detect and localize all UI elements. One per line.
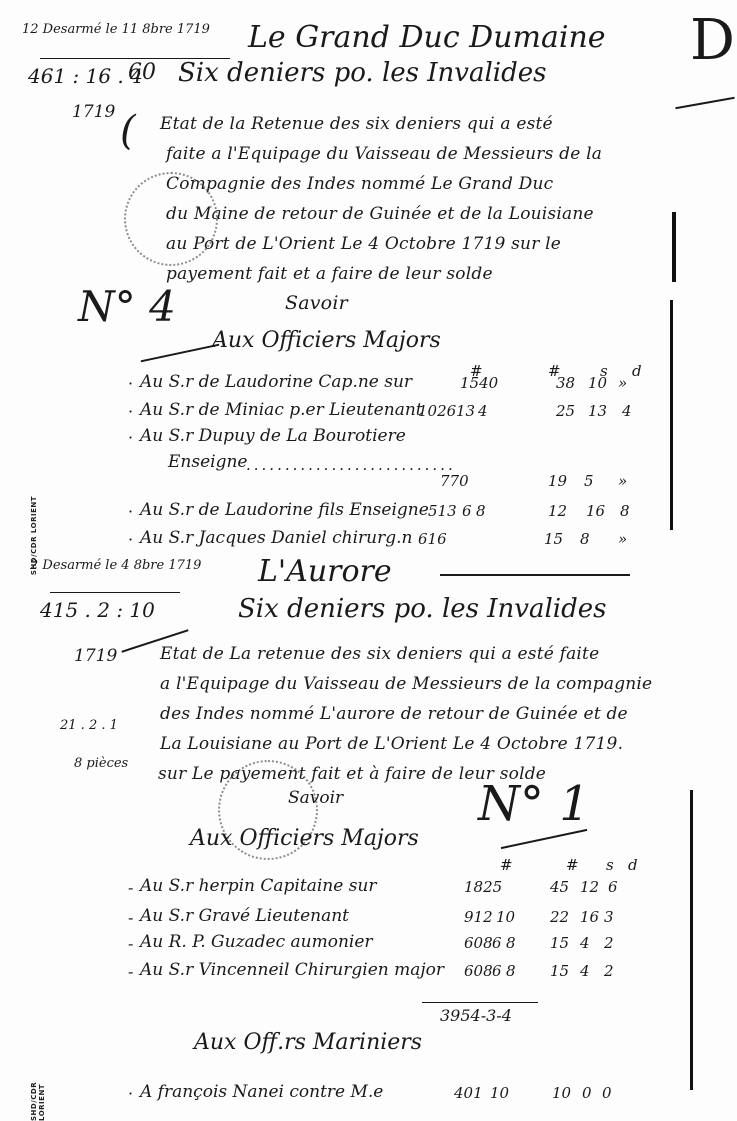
heading-flourish	[141, 344, 220, 363]
entry-retenue-deniers: »	[618, 472, 627, 490]
entry-retenue-livres: 25	[556, 402, 575, 420]
entry-retenue-deniers: 2	[604, 934, 614, 952]
entry-retenue-livres: 15	[550, 934, 569, 952]
entry-amount-sols: 10	[496, 908, 515, 926]
col-mark-livres: #	[566, 856, 579, 874]
entry-retenue-livres: 10	[552, 1084, 571, 1102]
entry-retenue-sols: 16	[580, 908, 599, 926]
savoir-1: Savoir	[285, 292, 348, 314]
entry-retenue-sols: 4	[580, 934, 590, 952]
entry-name: Au S.r Vincenneil Chirurgien major	[140, 960, 444, 980]
entry-amount-deniers: 8	[506, 962, 516, 980]
body-line: au Port de L'Orient Le 4 Octobre 1719 su…	[166, 234, 561, 254]
entry-retenue-sols: 0	[582, 1084, 592, 1102]
number-label-1: N° 4	[78, 282, 176, 331]
entry-amount: 770	[440, 472, 469, 490]
margin-note-disarmed-2: 2 Desarmé le 4 8bre 1719	[30, 558, 201, 573]
ledger-row: - Au S.r Vincenneil Chirurgien major 608…	[128, 960, 688, 984]
entry-amount-sols: 13	[456, 402, 475, 420]
binding-edge	[672, 212, 676, 282]
entry-amount: 513	[428, 502, 457, 520]
col-mark-livres: #	[500, 856, 513, 874]
entry-amount: 1825	[464, 878, 502, 896]
entry-amount: 1026	[418, 402, 456, 420]
entry-retenue-deniers: 2	[604, 962, 614, 980]
entry-name: Au S.r de Laudorine fils Enseigne	[140, 500, 429, 520]
entry-retenue-livres: 22	[550, 908, 569, 926]
subtitle-number: 60	[128, 60, 156, 85]
col-mark-deniers: d	[628, 856, 638, 874]
ship-title-grand-duc: Le Grand Duc Dumaine	[248, 20, 606, 55]
ledger-row: - Au R. P. Guzadec aumonier 608 6 8 15 4…	[128, 932, 688, 956]
body-line: payement fait et a faire de leur solde	[166, 264, 493, 284]
entry-name: Au S.r Dupuy de La Bourotiere	[140, 426, 406, 446]
entry-retenue-livres: 15	[544, 530, 563, 548]
subtotal-rule	[422, 1002, 538, 1003]
entry-amount-deniers: 8	[506, 934, 516, 952]
entry-name: Au S.r de Laudorine Cap.ne sur	[140, 372, 412, 392]
ledger-row: · A françois Nanei contre M.e 401 10 10 …	[128, 1082, 688, 1106]
entry-retenue-deniers: 4	[622, 402, 632, 420]
entry-name: Au S.r de Miniac p.er Lieutenant	[140, 400, 423, 420]
entry-retenue-sols: 4	[580, 962, 590, 980]
ledger-row-amounts: 770 19 5 »	[128, 470, 688, 494]
entry-amount-sols: 6	[492, 934, 502, 952]
ledger-row: · Au S.r Dupuy de La Bourotiere	[128, 426, 688, 450]
margin-year-2: 1719	[74, 646, 117, 666]
manuscript-page: 12 Desarmé le 11 8bre 1719 461 : 16 . 4 …	[0, 0, 737, 1121]
entry-name-line2: Enseigne	[168, 452, 247, 472]
entry-retenue-livres: 15	[550, 962, 569, 980]
body-line: Etat de La retenue des six deniers qui a…	[160, 644, 599, 664]
entry-retenue-sols: 13	[588, 402, 607, 420]
margin-note-disarmed-1: 12 Desarmé le 11 8bre 1719	[22, 22, 210, 37]
body-line: Compagnie des Indes nommé Le Grand Duc	[166, 174, 553, 194]
group-heading-officiers-2: Aux Officiers Majors	[190, 826, 419, 851]
ledger-row: - Au S.r Gravé Lieutenant 912 10 22 16 3	[128, 906, 688, 930]
corner-mark: D	[690, 8, 735, 73]
archive-stamp: SHD/CDR LORIENT	[30, 1044, 46, 1121]
savoir-2: Savoir	[288, 788, 343, 808]
number-label-2: N° 1	[478, 776, 590, 832]
ledger-row: · Au S.r de Laudorine Cap.ne sur 1540 38…	[128, 372, 688, 396]
body-line: Etat de la Retenue des six deniers qui a…	[160, 114, 553, 134]
margin-note-a: 21 . 2 . 1	[60, 718, 118, 733]
entry-retenue-livres: 45	[550, 878, 569, 896]
entry-retenue-sols: 8	[580, 530, 590, 548]
body-line: du Maine de retour de Guinée et de la Lo…	[166, 204, 594, 224]
subtotal: 3954-3-4	[440, 1006, 512, 1025]
entry-amount-deniers: 4	[478, 402, 488, 420]
entry-retenue-deniers: 3	[604, 908, 614, 926]
entry-amount-sols: 6	[492, 962, 502, 980]
ledger-row: · Au S.r de Laudorine fils Enseigne 513 …	[128, 500, 688, 524]
entry-amount: 401	[454, 1084, 483, 1102]
entry-retenue-livres: 19	[548, 472, 567, 490]
body-line: des Indes nommé L'aurore de retour de Gu…	[160, 704, 628, 724]
ledger-row: - Au S.r herpin Capitaine sur 1825 45 12…	[128, 876, 688, 900]
seal-stamp	[124, 172, 218, 266]
entry-amount: 1540	[460, 374, 498, 392]
body-line: faite a l'Equipage du Vaisseau de Messie…	[166, 144, 602, 164]
entry-name: Au S.r Gravé Lieutenant	[140, 906, 349, 926]
entry-retenue-deniers: 6	[608, 878, 618, 896]
entry-amount: 616	[418, 530, 447, 548]
entry-name: Au S.r Jacques Daniel chirurg.n	[140, 528, 413, 548]
entry-retenue-deniers: 8	[620, 502, 630, 520]
entry-retenue-livres: 12	[548, 502, 567, 520]
entry-retenue-sols: 10	[588, 374, 607, 392]
entry-amount: 608	[464, 934, 493, 952]
corner-rule	[675, 97, 734, 109]
entry-amount-sols: 10	[490, 1084, 509, 1102]
group-heading-mariniers: Aux Off.rs Mariniers	[194, 1030, 422, 1055]
ship-title-aurore: L'Aurore	[258, 554, 392, 589]
body-line: La Louisiane au Port de L'Orient Le 4 Oc…	[160, 734, 623, 754]
entry-retenue-sols: 16	[586, 502, 605, 520]
group-heading-officiers-1: Aux Officiers Majors	[212, 328, 441, 353]
entry-retenue-livres: 38	[556, 374, 575, 392]
margin-rule	[50, 592, 180, 593]
entry-retenue-sols: 12	[580, 878, 599, 896]
bracket-open: (	[120, 108, 136, 154]
entry-amount-sols: 6	[462, 502, 472, 520]
entry-name: Au S.r herpin Capitaine sur	[140, 876, 377, 896]
entry-retenue-deniers: »	[618, 374, 627, 392]
col-mark-sols: s	[606, 856, 614, 874]
subtitle-invalides-2: Six deniers po. les Invalides	[238, 594, 606, 624]
margin-note-pieces: 8 pièces	[74, 756, 128, 771]
entry-amount: 912	[464, 908, 493, 926]
margin-year-1: 1719	[72, 102, 115, 122]
entry-retenue-sols: 5	[584, 472, 594, 490]
margin-sum-1: 461 : 16 . 4	[28, 64, 143, 88]
subtitle-invalides-1: Six deniers po. les Invalides	[178, 58, 546, 88]
ledger-row: · Au S.r de Miniac p.er Lieutenant 1026 …	[128, 400, 688, 424]
entry-amount: 608	[464, 962, 493, 980]
entry-amount-deniers: 8	[476, 502, 486, 520]
body-line: a l'Equipage du Vaisseau de Messieurs de…	[160, 674, 652, 694]
ledger-row: · Au S.r Jacques Daniel chirurg.n 616 15…	[128, 528, 688, 552]
title-underline	[440, 574, 630, 576]
entry-retenue-deniers: 0	[602, 1084, 612, 1102]
binding-edge	[690, 790, 693, 1090]
entry-retenue-deniers: »	[618, 530, 627, 548]
margin-sum-2: 415 . 2 : 10	[40, 598, 155, 622]
entry-name: A françois Nanei contre M.e	[140, 1082, 383, 1102]
entry-name: Au R. P. Guzadec aumonier	[140, 932, 373, 952]
